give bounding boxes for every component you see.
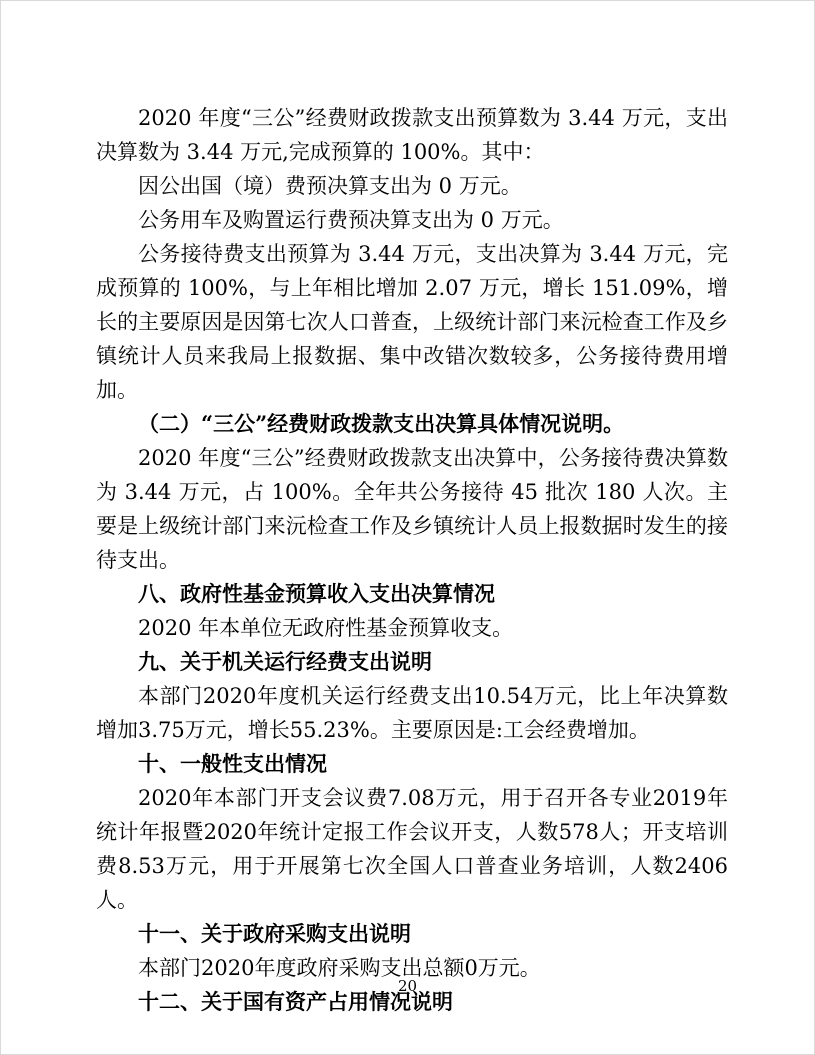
document-page: 2020 年度“三公”经费财政拨款支出预算数为 3.44 万元，支出决算数为 3… [0, 0, 815, 1055]
section-heading: 十、一般性支出情况 [96, 747, 728, 781]
paragraph: 本部门2020年度机关运行经费支出10.54万元，比上年决算数增加3.75万元，… [96, 679, 728, 747]
paragraph: 公务用车及购置运行费预决算支出为 0 万元。 [96, 203, 728, 237]
section-heading: 八、政府性基金预算收入支出决算情况 [96, 577, 728, 611]
paragraph: 2020 年本单位无政府性基金预算收支。 [96, 611, 728, 645]
document-body: 2020 年度“三公”经费财政拨款支出预算数为 3.44 万元，支出决算数为 3… [96, 101, 728, 1019]
paragraph: 2020 年度“三公”经费财政拨款支出决算中，公务接待费决算数为 3.44 万元… [96, 441, 728, 577]
section-heading: 十一、关于政府采购支出说明 [96, 917, 728, 951]
paragraph: 2020年本部门开支会议费7.08万元，用于召开各专业2019年统计年报暨202… [96, 781, 728, 917]
paragraph: 公务接待费支出预算为 3.44 万元，支出决算为 3.44 万元，完成预算的 1… [96, 237, 728, 407]
section-heading: （二）“三公”经费财政拨款支出决算具体情况说明。 [96, 407, 728, 441]
page-number: 20 [1, 977, 814, 995]
paragraph: 2020 年度“三公”经费财政拨款支出预算数为 3.44 万元，支出决算数为 3… [96, 101, 728, 169]
section-heading: 九、关于机关运行经费支出说明 [96, 645, 728, 679]
paragraph: 因公出国（境）费预决算支出为 0 万元。 [96, 169, 728, 203]
